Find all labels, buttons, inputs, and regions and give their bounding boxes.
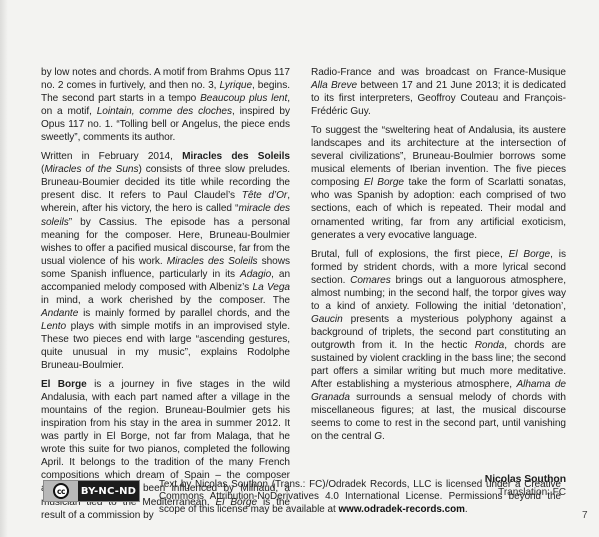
paragraph-pieces: Brutal, full of explosions, the first pi…: [311, 248, 566, 444]
left-column: by low notes and chords. A motif from Br…: [41, 66, 290, 528]
paragraph-brahms-motif: by low notes and chords. A motif from Br…: [41, 66, 290, 144]
cc-logo-icon: cc: [53, 483, 69, 499]
license-text: Text by Nicolas Southon (Trans.: FC)/Odr…: [159, 479, 561, 516]
page-number: 7: [582, 510, 588, 521]
right-column: Radio-France and was broadcast on France…: [311, 66, 566, 499]
work-title: El Borge: [41, 379, 87, 390]
cc-license-label: BY-NC-ND: [78, 486, 139, 497]
work-title: Miracles des Soleils: [182, 151, 290, 162]
website-link[interactable]: www.odradek-records.com: [339, 504, 465, 515]
cc-license-badge[interactable]: cc BY-NC-ND: [43, 480, 140, 502]
page-gutter-shadow: [0, 0, 8, 537]
paragraph-andalusia: To suggest the “sweltering heat of Andal…: [311, 124, 566, 241]
paragraph-miracles-des-soleils: Written in February 2014, Miracles des S…: [41, 150, 290, 372]
paragraph-radio-france: Radio-France and was broadcast on France…: [311, 66, 566, 118]
